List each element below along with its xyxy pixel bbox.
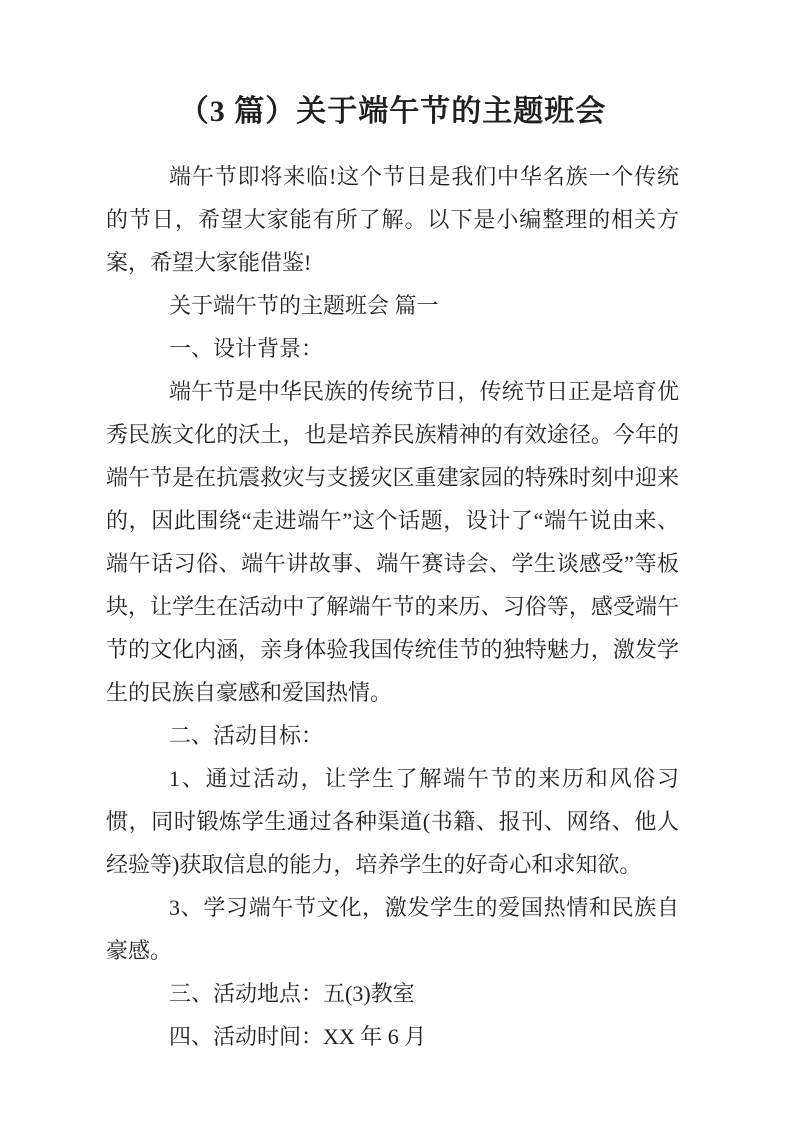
paragraph-goal-1: 1、通过活动，让学生了解端午节的来历和风俗习惯，同时锻炼学生通过各种渠道(书籍、… — [106, 757, 679, 886]
paragraph-goal-3: 3、学习端午节文化，激发学生的爱国热情和民族自豪感。 — [106, 886, 679, 972]
paragraph-subtitle-part-one: 关于端午节的主题班会 篇一 — [106, 284, 679, 327]
heading-activity-goals: 二、活动目标： — [106, 714, 679, 757]
paragraph-design-background-body: 端午节是中华民族的传统节日，传统节日正是培育优秀民族文化的沃土，也是培养民族精神… — [106, 370, 679, 714]
document-title: （3 篇）关于端午节的主题班会 — [106, 90, 679, 134]
paragraph-intro: 端午节即将来临!这个节日是我们中华名族一个传统的节日，希望大家能有所了解。以下是… — [106, 155, 679, 284]
heading-design-background: 一、设计背景： — [106, 327, 679, 370]
paragraph-activity-time: 四、活动时间：XX 年 6 月 — [106, 1015, 679, 1058]
document-page: （3 篇）关于端午节的主题班会 端午节即将来临!这个节日是我们中华名族一个传统的… — [0, 0, 793, 1122]
paragraph-activity-location: 三、活动地点：五(3)教室 — [106, 972, 679, 1015]
